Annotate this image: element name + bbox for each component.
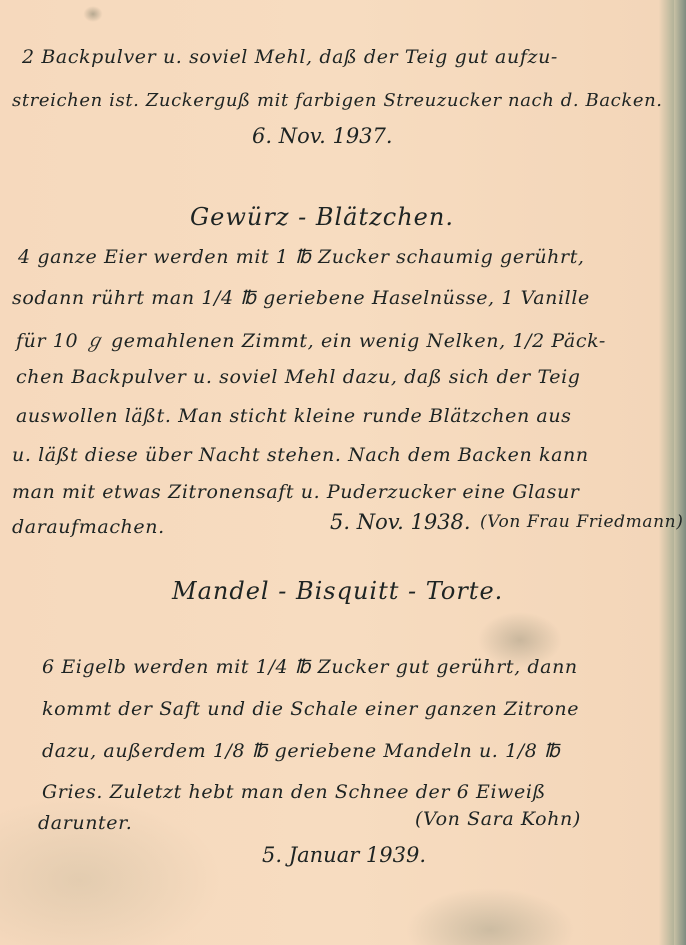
recipe-2-line: Gries. Zuletzt hebt man den Schnee der 6… [42, 781, 546, 803]
document-page: 2 Backpulver u. soviel Mehl, daß der Tei… [0, 0, 686, 945]
continuation-line-2: streichen ist. Zuckerguß mit farbigen St… [12, 90, 663, 111]
recipe-1-line: man mit etwas Zitronensaft u. Puderzucke… [12, 481, 579, 503]
recipe-1-line: chen Backpulver u. soviel Mehl dazu, daß… [16, 366, 581, 388]
recipe-2-line: dazu, außerdem 1/8 ℔ geriebene Mandeln u… [42, 740, 560, 762]
recipe-1-line: für 10 ℊ gemahlenen Zimmt, ein wenig Nel… [16, 326, 606, 353]
recipe-2-title: Mandel - Bisquitt - Torte. [172, 577, 503, 605]
recipe-2-line: kommt der Saft und die Schale einer ganz… [42, 698, 579, 720]
recipe-1-line: daraufmachen. [12, 516, 165, 538]
recipe-1-line: auswollen läßt. Man sticht kleine runde … [16, 405, 572, 427]
recipe-1-line: sodann rührt man 1/4 ℔ geriebene Haselnü… [12, 287, 590, 309]
recipe-1-date: 5. Nov. 1938. [330, 510, 471, 534]
recipe-2-line: 6 Eigelb werden mit 1/4 ℔ Zucker gut ger… [42, 656, 578, 678]
recipe-1-line: u. läßt diese über Nacht stehen. Nach de… [12, 444, 589, 466]
recipe-2-line: darunter. [38, 812, 132, 834]
page-edge-shadow [674, 0, 686, 945]
continuation-date: 6. Nov. 1937. [252, 124, 393, 148]
recipe-1-line: 4 ganze Eier werden mit 1 ℔ Zucker schau… [18, 246, 585, 268]
recipe-2-date: 5. Januar 1939. [262, 843, 426, 867]
recipe-2-attribution: (Von Sara Kohn) [415, 808, 581, 830]
continuation-line-1: 2 Backpulver u. soviel Mehl, daß der Tei… [22, 46, 558, 68]
recipe-1-attribution: (Von Frau Friedmann) [480, 512, 683, 532]
recipe-1-title: Gewürz - Blätzchen. [190, 203, 454, 231]
